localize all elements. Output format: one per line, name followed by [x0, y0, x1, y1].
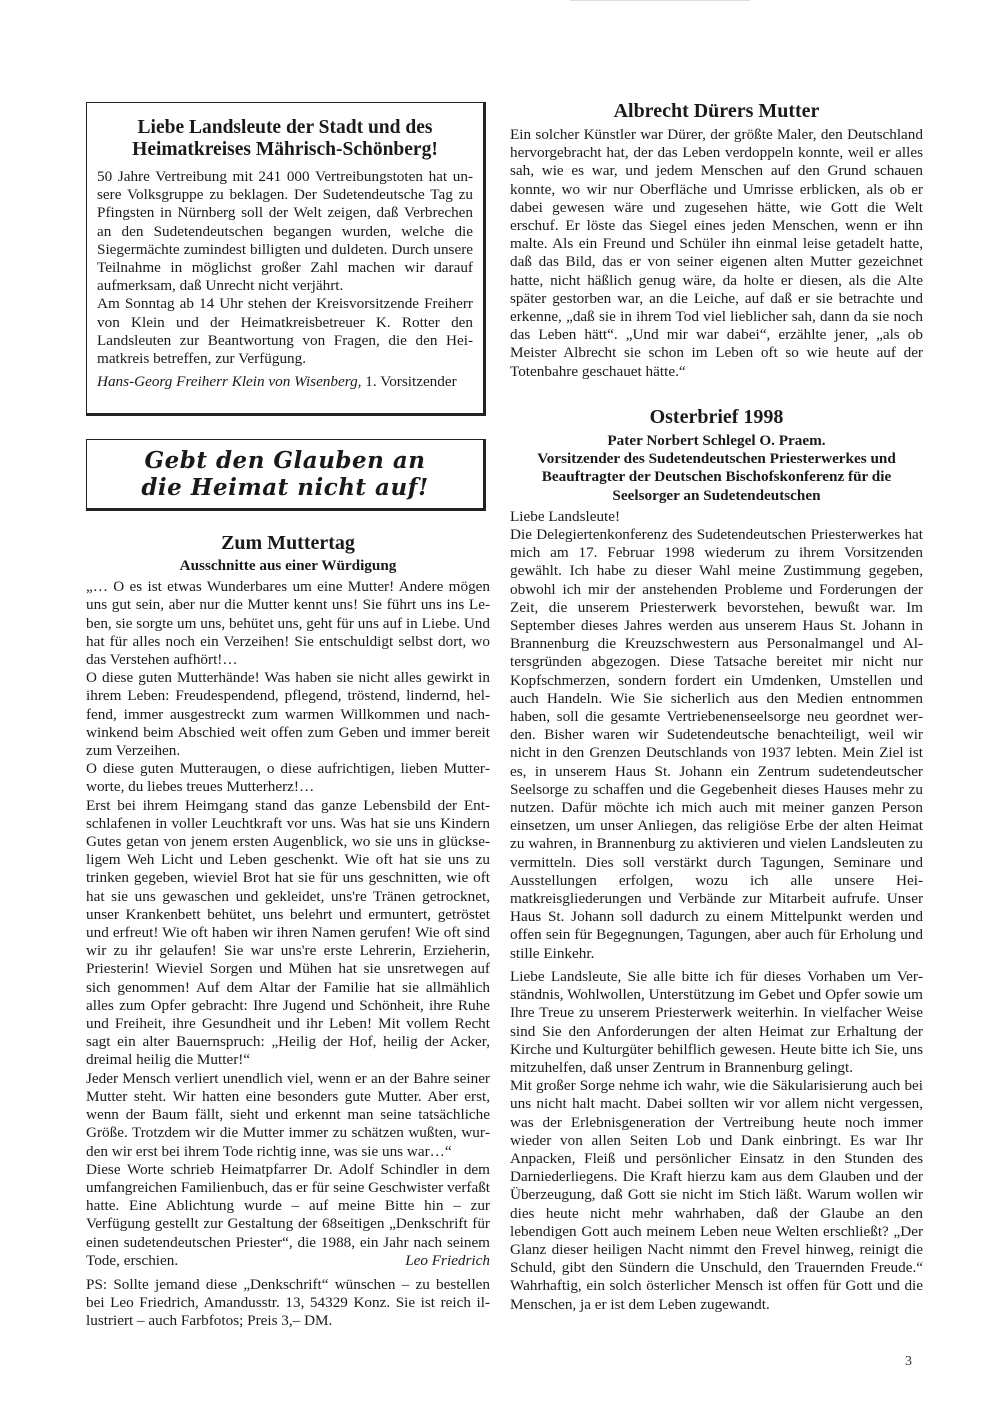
article-paragraph: Jeder Mensch verliert unendlich viel, we… [86, 1070, 490, 1161]
duerer-article: Albrecht Dürers Mutter Ein solcher Künst… [510, 99, 923, 381]
muttertag-author: Leo Friedrich [405, 1252, 490, 1270]
osterbrief-author: Pater Norbert Schlegel O. Praem. [510, 432, 923, 450]
greeting-paragraph: 50 Jahre Vertreibung mit 241 000 Vertrei… [97, 168, 473, 295]
slogan-line1: Gebt den Glauben an [144, 447, 425, 474]
page-number: 3 [905, 1354, 912, 1370]
scan-edge-line [570, 0, 750, 1]
slogan-line2: die Heimat nicht auf! [141, 474, 428, 501]
signature-name: Hans-Georg Freiherr Klein von Wisenberg, [97, 373, 361, 390]
article-paragraph: Erst bei ihrem Heimgang stand das ganze … [86, 797, 490, 1070]
article-paragraph: O diese guten Mutteraugen, o diese aufri… [86, 760, 490, 796]
greeting-title-line2: Heimatkreises Mährisch-Schönberg! [132, 139, 438, 160]
greeting-title: Liebe Landsleute der Stadt und des Heima… [97, 117, 473, 161]
slogan-text: Gebt den Glauben an die Heimat nicht auf… [141, 447, 428, 501]
article-paragraph: O diese guten Mutterhände! Was haben sie… [86, 669, 490, 760]
muttertag-article: Zum Muttertag Ausschnitte aus einer Würd… [86, 531, 490, 1331]
article-paragraph: Die Delegiertenkonferenz des Sudetendeut… [510, 526, 923, 963]
article-paragraph: Liebe Landsleute, Sie alle bitte ich für… [510, 968, 923, 1077]
osterbrief-author-block: Pater Norbert Schlegel O. Praem. Vorsitz… [510, 432, 923, 505]
osterbrief-role: Vorsitzender des Sudetendeutschen Priest… [510, 450, 923, 468]
greeting-paragraph: Am Sonntag ab 14 Uhr stehen der Kreisvor… [97, 295, 473, 368]
osterbrief-article: Osterbrief 1998 Pater Norbert Schlegel O… [510, 405, 923, 1314]
article-paragraph: Mit großer Sorge nehme ich wahr, wie die… [510, 1077, 923, 1314]
osterbrief-title: Osterbrief 1998 [510, 405, 923, 429]
duerer-title: Albrecht Dürers Mutter [510, 99, 923, 123]
osterbrief-role: Beauftragter der Deutschen Bischofskonfe… [510, 468, 923, 486]
greeting-box: Liebe Landsleute der Stadt und des Heima… [86, 102, 486, 416]
muttertag-title: Zum Muttertag [86, 531, 490, 555]
osterbrief-salutation: Liebe Landsleute! [510, 508, 923, 526]
greeting-title-line1: Liebe Landsleute der Stadt und des [138, 117, 433, 138]
greeting-signature: Hans-Georg Freiherr Klein von Wisenberg,… [97, 373, 473, 391]
osterbrief-role: Seelsorger an Sudetendeutschen [510, 487, 923, 505]
article-paragraph: „… O es ist etwas Wunderbares um eine Mu… [86, 578, 490, 669]
muttertag-postscript: PS: Sollte jemand diese „Denkschrift“ wü… [86, 1276, 490, 1331]
slogan-box: Gebt den Glauben an die Heimat nicht auf… [86, 439, 486, 511]
duerer-body: Ein solcher Künstler war Dürer, der größ… [510, 126, 923, 381]
muttertag-subtitle: Ausschnitte aus einer Würdigung [86, 557, 490, 575]
signature-role: 1. Vorsitzen­der [361, 373, 456, 390]
